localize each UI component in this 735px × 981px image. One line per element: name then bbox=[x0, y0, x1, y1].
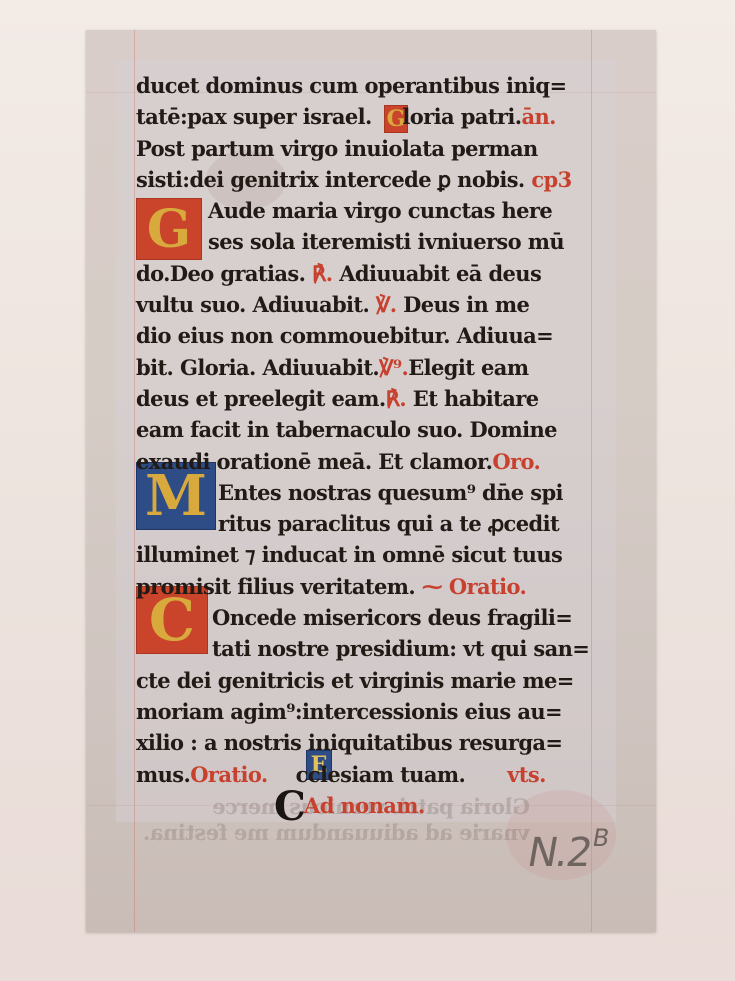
text-line: Entes nostras quesum⁹ dn̄e spi bbox=[136, 477, 591, 508]
text-line: sisti:dei genitrix intercede ꝑ nobis. cp… bbox=[136, 164, 591, 195]
text-line: Aude maria virgo cunctas here bbox=[136, 195, 591, 226]
text-line: xilio : a nostris iniquitatibus resurga= bbox=[136, 727, 591, 758]
text-line: tati nostre presidium: vt qui san= bbox=[136, 633, 591, 664]
rubric-response: ℟. bbox=[386, 386, 406, 411]
text-line: deus et preelegit eam.℟. Et habitare bbox=[136, 383, 591, 414]
text-line: eam facit in tabernaculo suo. Domine bbox=[136, 414, 591, 445]
text-line: promisit filius veritatem. ⁓ Oratio. bbox=[136, 571, 591, 602]
text-line: do.Deo gratias. ℟. Adiuuabit eā deus bbox=[136, 258, 591, 289]
bleed-through-text: vnarie ad adiuuandum me festina. bbox=[110, 820, 530, 845]
rubric: Oratio. bbox=[190, 762, 267, 787]
text-line: illuminet ⁊ inducat in omnē sicut tuus bbox=[136, 539, 591, 570]
text-line: vultu suo. Adiuuabit. ℣. Deus in me bbox=[136, 289, 591, 320]
rubric-response: ℟. bbox=[312, 261, 332, 286]
text-line: Ad nonam. bbox=[136, 790, 591, 821]
rubric: ⁓ Oratio. bbox=[415, 574, 526, 599]
text-line: tatē:pax super israel. loria patri.ān. bbox=[136, 101, 591, 132]
text-line: cte dei genitricis et virginis marie me= bbox=[136, 665, 591, 696]
rubric: cp3 bbox=[531, 167, 571, 192]
text-line: exaudi orationē meā. Et clamor.Oro. bbox=[136, 446, 591, 477]
rubric-versicle: ℣⁹. bbox=[379, 355, 408, 380]
text-line: ritus paraclitus qui a te ꝓcedit bbox=[136, 508, 591, 539]
text-line: Post partum virgo inuiolata perman bbox=[136, 133, 591, 164]
text-line: dio eius non commouebitur. Adiuua= bbox=[136, 320, 591, 351]
text-line: ducet dominus cum operantibus iniq= bbox=[136, 70, 591, 101]
text-line: mus.Oratio.cclesiam tuam.vts. bbox=[136, 759, 591, 790]
text-line: Oncede misericors deus fragili= bbox=[136, 602, 591, 633]
rubric-heading: Ad nonam. bbox=[304, 793, 425, 818]
handwritten-note: N.2B bbox=[524, 830, 609, 876]
rubric-versicle: ℣. bbox=[376, 292, 396, 317]
text-block: G G M C E C ducet dominus cum operantibu… bbox=[136, 70, 591, 821]
text-line: bit. Gloria. Adiuuabit.℣⁹.Elegit eam bbox=[136, 352, 591, 383]
text-line: ses sola iteremisti ivniuerso mū bbox=[136, 226, 591, 257]
rubric: vts. bbox=[507, 762, 546, 787]
rubric: ān. bbox=[521, 104, 555, 129]
text-line: moriam agim⁹:intercessionis eius au= bbox=[136, 696, 591, 727]
rubric: Oro. bbox=[492, 449, 540, 474]
